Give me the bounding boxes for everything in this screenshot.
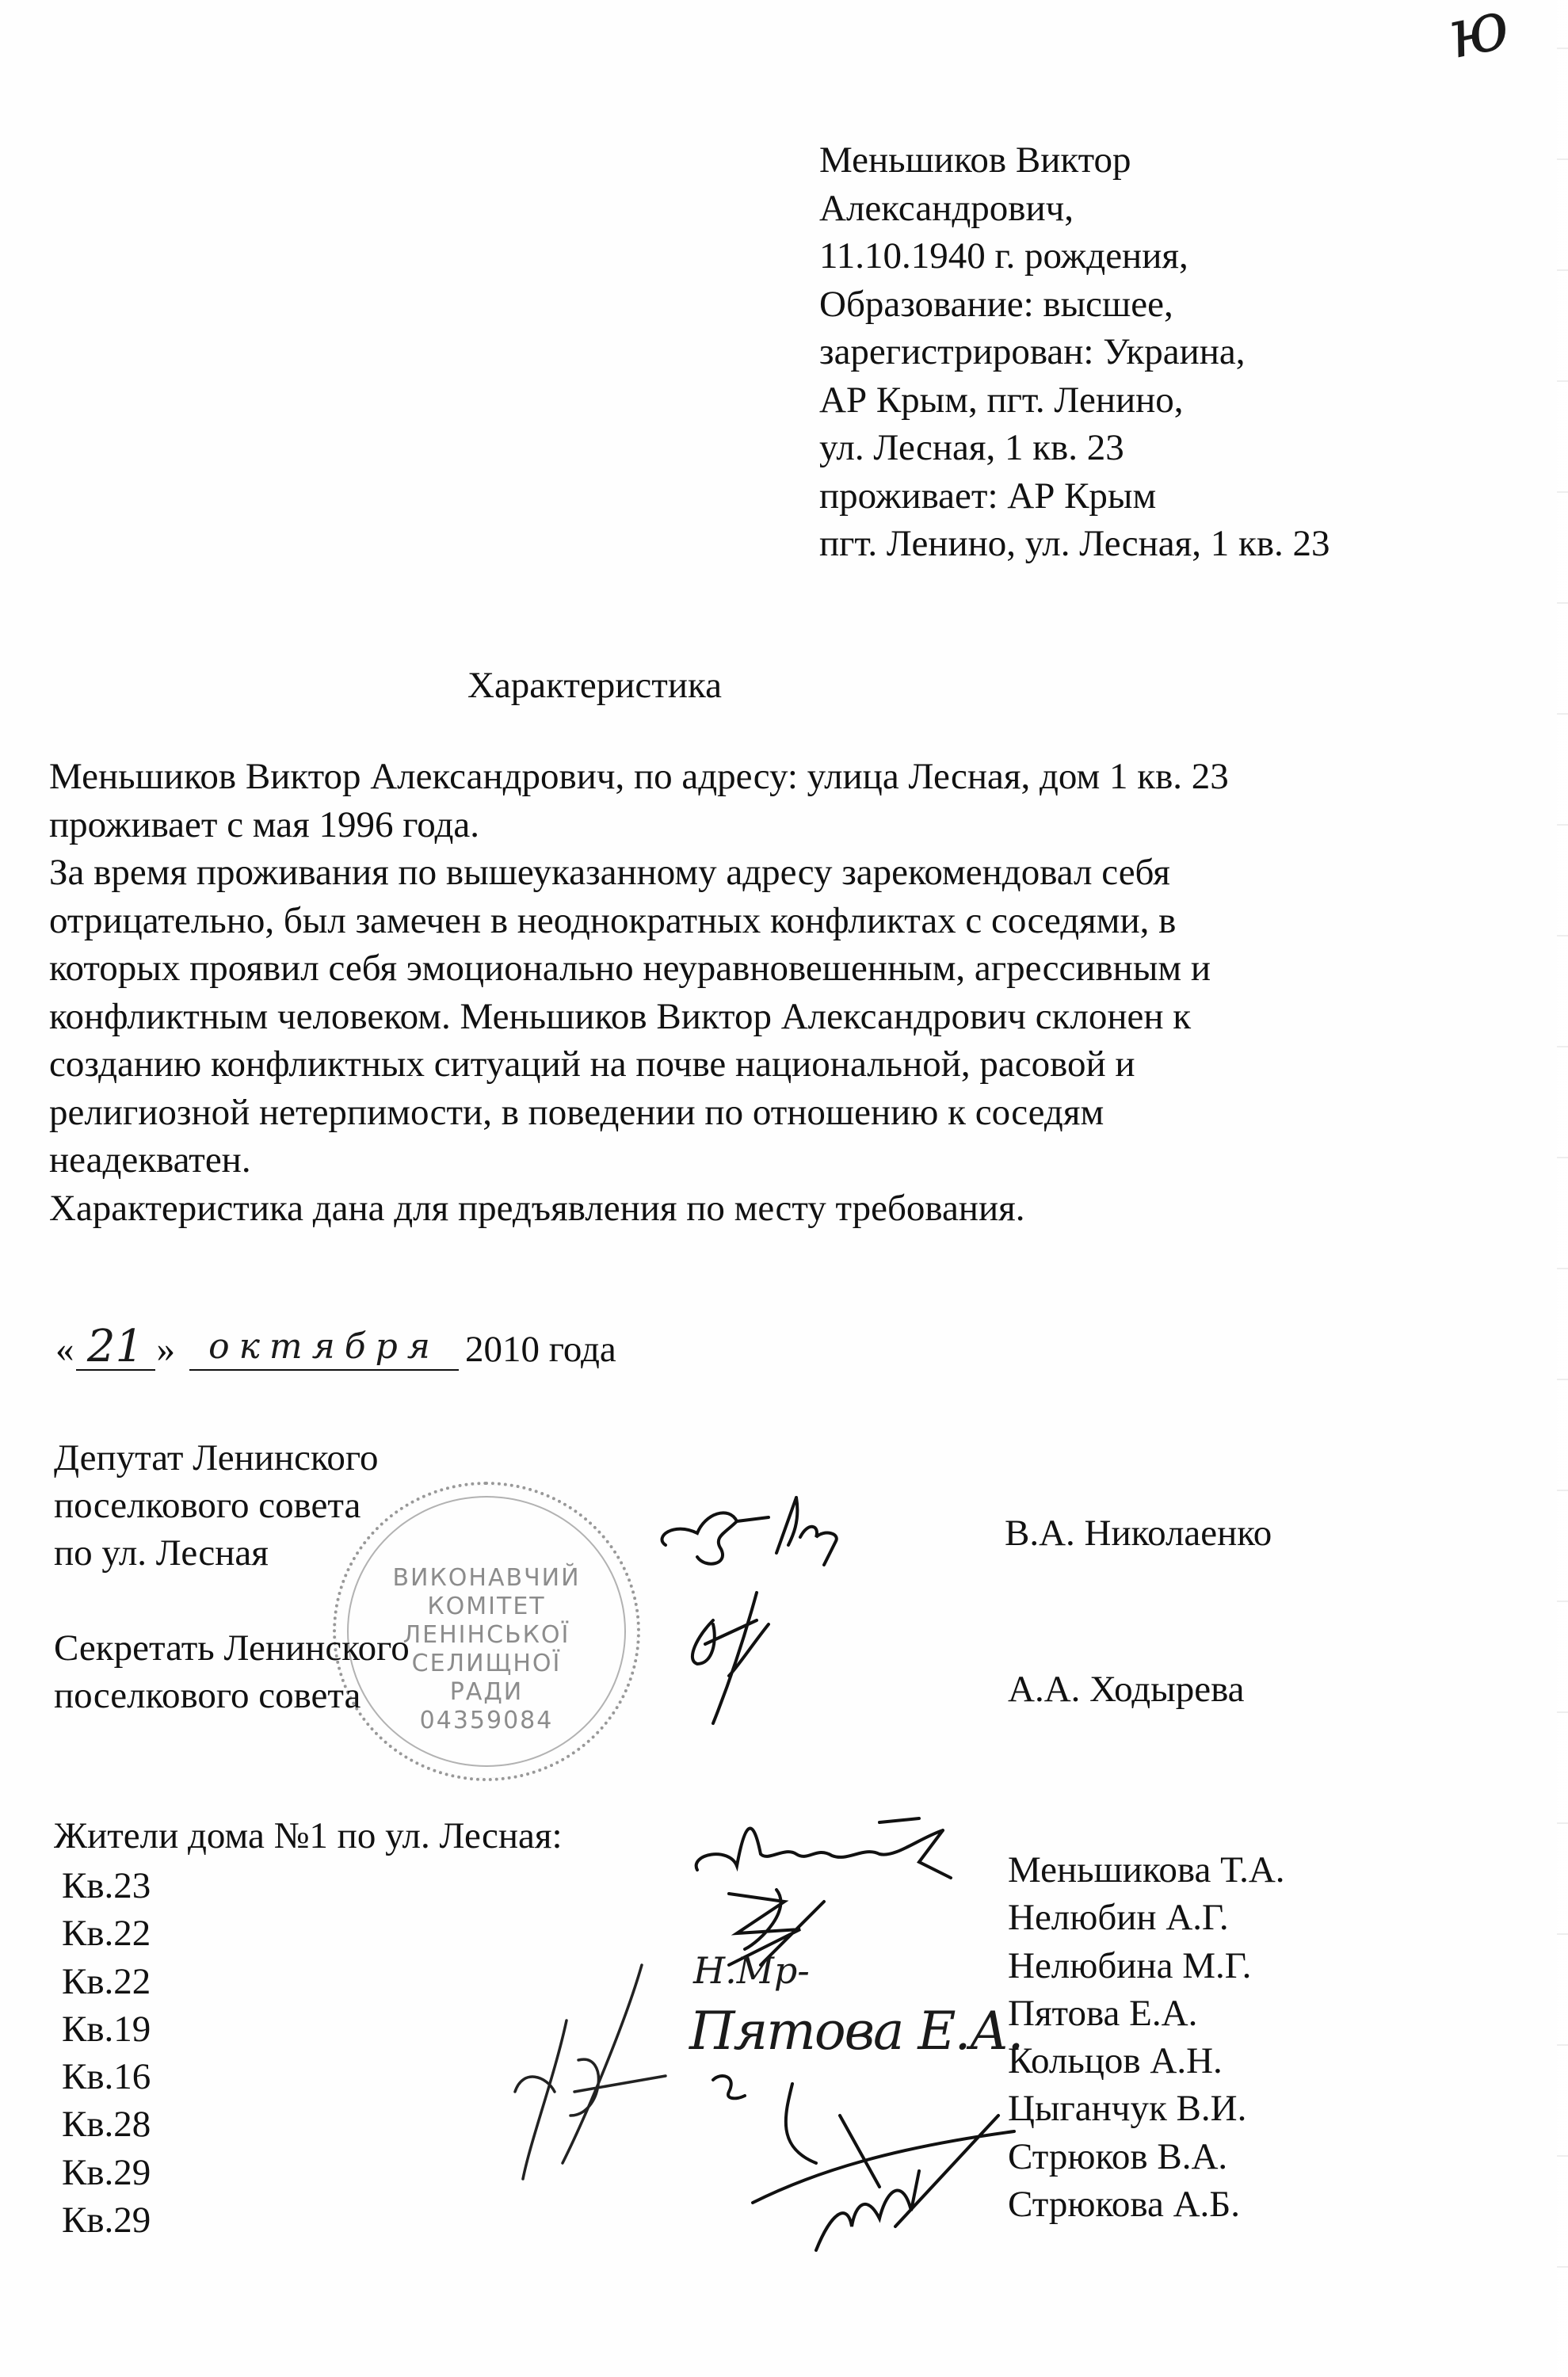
apartment-list: Кв.23 Кв.22 Кв.22 Кв.19 Кв.16 Кв.28 Кв.2… [62,1862,151,2244]
resident-name: Нелюбин А.Г. [1008,1894,1285,1941]
addressee-line: АР Крым, пгт. Ленино, [819,376,1330,425]
apartment-number: Кв.28 [62,2100,151,2148]
resident-name: Стрюкова А.Б. [1008,2181,1285,2228]
resident-signature-tsyganchuk [697,2068,1030,2258]
residents-heading: Жители дома №1 по ул. Лесная: [54,1814,563,1857]
body-line: неадекватен. [49,1136,1412,1185]
resident-name: Стрюков В.А. [1008,2133,1285,2181]
apartment-number: Кв.29 [62,2196,151,2244]
apartment-number: Кв.23 [62,1862,151,1910]
apartment-number: Кв.16 [62,2053,151,2100]
body-line: Меньшиков Виктор Александрович, по адрес… [49,753,1412,801]
addressee-line: ул. Лесная, 1 кв. 23 [819,424,1330,472]
date-month-handwritten: октября [189,1325,459,1371]
position-line: Секретать Ленинского [54,1624,410,1672]
apartment-number: Кв.22 [62,1958,151,2005]
addressee-line: Александрович, [819,185,1330,233]
corner-handwritten-mark: ю [1440,0,1511,74]
document-body: Меньшиков Виктор Александрович, по адрес… [49,753,1412,1232]
official-deputy-position: Депутат Ленинского поселкового совета по… [54,1434,378,1577]
apartment-number: Кв.29 [62,2149,151,2196]
position-line: по ул. Лесная [54,1529,378,1577]
position-line: поселкового совета [54,1482,378,1529]
body-line: созданию конфликтных ситуаций на почве н… [49,1040,1412,1089]
date-open-quote: « [55,1328,74,1371]
resident-signature-koltsov [499,1957,673,2195]
position-line: поселкового совета [54,1672,410,1719]
resident-name: Пятова Е.А. [1008,1990,1285,2037]
addressee-line: 11.10.1940 г. рождения, [819,232,1330,280]
official-secretary-position: Секретать Ленинского поселкового совета [54,1624,410,1719]
date-line: « 21 » октября 2010 года [55,1325,616,1371]
resident-handwritten-pyatova: Пятова Е.А. [689,2001,1022,2062]
apartment-number: Кв.22 [62,1910,151,1957]
resident-signature-menshikova [681,1807,967,1894]
resident-names-list: Меньшикова Т.А. Нелюбин А.Г. Нелюбина М.… [1008,1846,1285,2228]
apartment-number: Кв.19 [62,2005,151,2053]
stamp-line: ВИКОНАВЧИЙ [336,1564,637,1593]
body-line: религиозной нетерпимости, в поведении по… [49,1089,1412,1137]
body-line: отрицательно, был замечен в неоднократны… [49,897,1412,945]
deputy-name: В.А. Николаенко [1005,1512,1272,1555]
resident-name: Нелюбина М.Г. [1008,1942,1285,1990]
resident-name: Кольцов А.Н. [1008,2037,1285,2085]
resident-name: Меньшикова Т.А. [1008,1846,1285,1894]
stamp-line: КОМІТЕТ [336,1593,637,1621]
position-line: Депутат Ленинского [54,1434,378,1482]
secretary-signature [681,1589,784,1731]
secretary-name: А.А. Ходырева [1008,1668,1245,1711]
resident-name: Цыганчук В.И. [1008,2085,1285,2132]
date-close-quote: » [157,1328,176,1371]
body-line: которых проявил себя эмоционально неурав… [49,944,1412,993]
addressee-block: Меньшиков Виктор Александрович, 11.10.19… [819,136,1330,568]
deputy-signature [650,1490,848,1577]
scanned-document-page: ю Меньшиков Виктор Александрович, 11.10.… [0,0,1568,2377]
date-year: 2010 года [465,1328,616,1371]
resident-handwritten-note: Н.Мр- [693,1949,810,1992]
scan-edge-artifact [1557,0,1568,2377]
addressee-line: Меньшиков Виктор [819,136,1330,185]
body-line: За время проживания по вышеуказанному ад… [49,849,1412,897]
date-day-handwritten: 21 [76,1325,155,1371]
body-line: проживает с мая 1996 года. [49,801,1412,849]
addressee-line: проживает: АР Крым [819,472,1330,521]
body-line: Характеристика дана для предъявления по … [49,1185,1412,1233]
body-line: конфликтным человеком. Меньшиков Виктор … [49,993,1412,1041]
addressee-line: зарегистрирован: Украина, [819,328,1330,376]
addressee-line: Образование: высшее, [819,280,1330,329]
addressee-line: пгт. Ленино, ул. Лесная, 1 кв. 23 [819,520,1330,568]
document-title: Характеристика [467,664,722,707]
